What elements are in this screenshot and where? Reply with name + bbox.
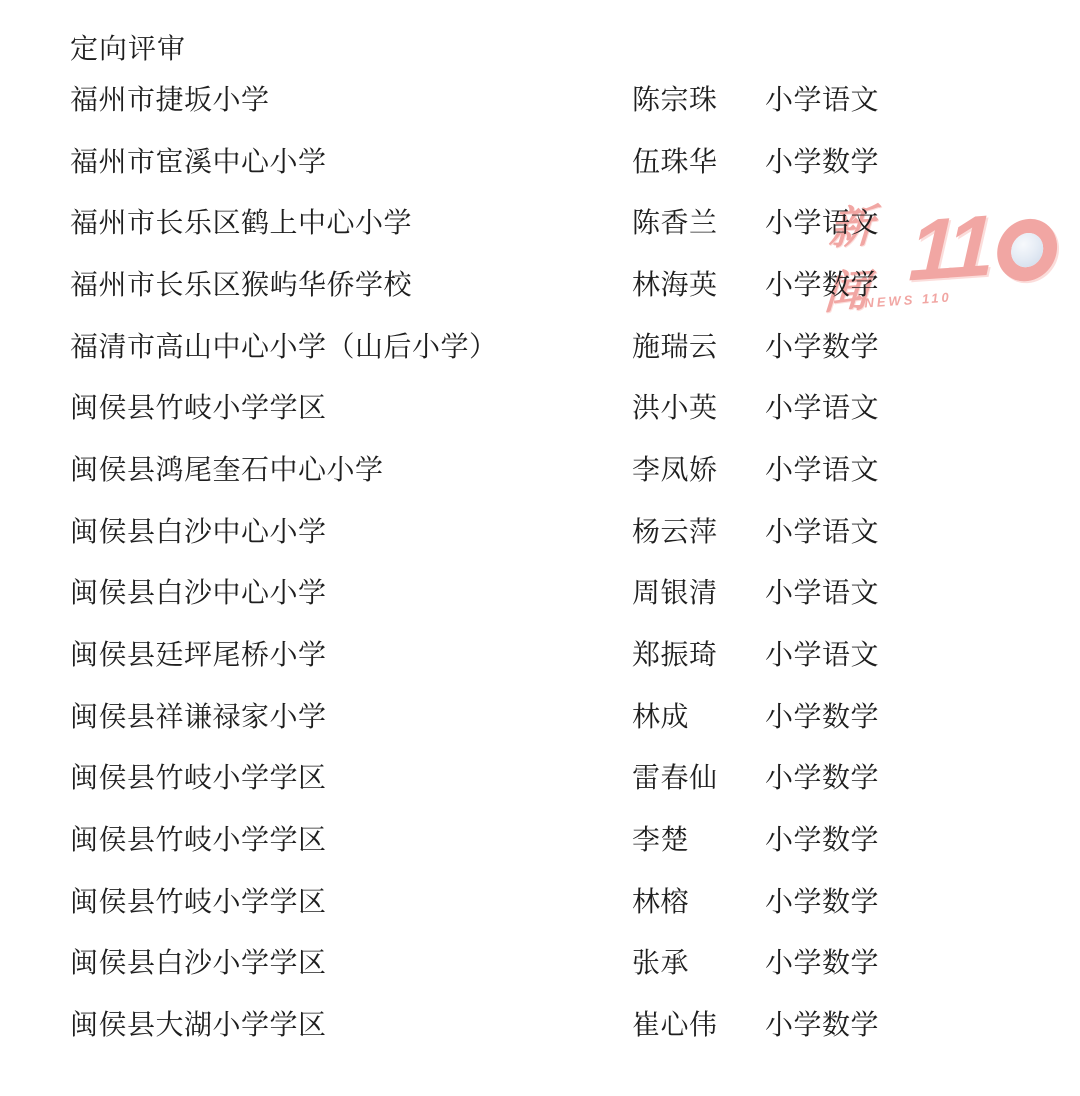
person-name: 林成 — [632, 695, 765, 735]
person-name: 周银清 — [632, 571, 765, 611]
subject: 小学语文 — [765, 78, 879, 118]
school-name: 闽侯县廷坪尾桥小学 — [70, 633, 632, 673]
table-row: 闽侯县廷坪尾桥小学 郑振琦 小学语文 — [0, 622, 1080, 684]
person-name: 陈宗珠 — [632, 78, 765, 118]
school-name: 闽侯县竹岐小学学区 — [70, 880, 632, 920]
school-name: 福州市长乐区鹤上中心小学 — [70, 201, 632, 241]
table-row: 闽侯县竹岐小学学区 李楚 小学数学 — [0, 807, 1080, 869]
school-name: 闽侯县竹岐小学学区 — [70, 386, 632, 426]
subject: 小学语文 — [765, 633, 879, 673]
subject: 小学数学 — [765, 818, 879, 858]
table-row: 闽侯县大湖小学学区 崔心伟 小学数学 — [0, 992, 1080, 1054]
person-name: 雷春仙 — [632, 756, 765, 796]
table-row: 闽侯县鸿尾奎石中心小学 李凤娇 小学语文 — [0, 437, 1080, 499]
school-name: 闽侯县白沙小学学区 — [70, 941, 632, 981]
section-title: 定向评审 — [70, 27, 186, 67]
school-name: 闽侯县白沙中心小学 — [70, 510, 632, 550]
school-name: 福州市长乐区猴屿华侨学校 — [70, 263, 632, 303]
school-name: 闽侯县大湖小学学区 — [70, 1003, 632, 1043]
subject: 小学语文 — [765, 386, 879, 426]
school-name: 闽侯县白沙中心小学 — [70, 571, 632, 611]
school-name: 福州市宦溪中心小学 — [70, 140, 632, 180]
subject: 小学数学 — [765, 325, 879, 365]
table-row: 福州市长乐区鹤上中心小学 陈香兰 小学语文 — [0, 190, 1080, 252]
table-row: 闽侯县竹岐小学学区 林榕 小学数学 — [0, 869, 1080, 931]
table-row: 福州市捷坂小学 陈宗珠 小学语文 — [0, 67, 1080, 129]
person-name: 林榕 — [632, 880, 765, 920]
person-name: 李楚 — [632, 818, 765, 858]
person-name: 郑振琦 — [632, 633, 765, 673]
subject: 小学数学 — [765, 140, 879, 180]
review-list: 福州市捷坂小学 陈宗珠 小学语文 福州市宦溪中心小学 伍珠华 小学数学 福州市长… — [0, 67, 1080, 1054]
document-page: 新闻 11 NEWS 110 定向评审 福州市捷坂小学 陈宗珠 小学语文 福州市… — [0, 0, 1080, 1096]
school-name: 闽侯县竹岐小学学区 — [70, 756, 632, 796]
table-row: 福清市高山中心小学（山后小学） 施瑞云 小学数学 — [0, 314, 1080, 376]
subject: 小学语文 — [765, 571, 879, 611]
subject: 小学数学 — [765, 756, 879, 796]
subject: 小学语文 — [765, 201, 879, 241]
school-name: 闽侯县鸿尾奎石中心小学 — [70, 448, 632, 488]
person-name: 李凤娇 — [632, 448, 765, 488]
table-row: 福州市宦溪中心小学 伍珠华 小学数学 — [0, 129, 1080, 191]
person-name: 崔心伟 — [632, 1003, 765, 1043]
school-name: 福清市高山中心小学（山后小学） — [70, 325, 632, 365]
table-row: 福州市长乐区猴屿华侨学校 林海英 小学数学 — [0, 252, 1080, 314]
subject: 小学数学 — [765, 695, 879, 735]
table-row: 闽侯县白沙小学学区 张承 小学数学 — [0, 931, 1080, 993]
subject: 小学数学 — [765, 880, 879, 920]
person-name: 施瑞云 — [632, 325, 765, 365]
school-name: 闽侯县竹岐小学学区 — [70, 818, 632, 858]
subject: 小学数学 — [765, 1003, 879, 1043]
table-row: 闽侯县白沙中心小学 杨云萍 小学语文 — [0, 499, 1080, 561]
table-row: 闽侯县祥谦禄家小学 林成 小学数学 — [0, 684, 1080, 746]
subject: 小学语文 — [765, 448, 879, 488]
subject: 小学语文 — [765, 510, 879, 550]
person-name: 洪小英 — [632, 386, 765, 426]
school-name: 福州市捷坂小学 — [70, 78, 632, 118]
subject: 小学数学 — [765, 263, 879, 303]
subject: 小学数学 — [765, 941, 879, 981]
person-name: 陈香兰 — [632, 201, 765, 241]
table-row: 闽侯县竹岐小学学区 雷春仙 小学数学 — [0, 746, 1080, 808]
table-row: 闽侯县竹岐小学学区 洪小英 小学语文 — [0, 375, 1080, 437]
school-name: 闽侯县祥谦禄家小学 — [70, 695, 632, 735]
person-name: 林海英 — [632, 263, 765, 303]
person-name: 杨云萍 — [632, 510, 765, 550]
person-name: 张承 — [632, 941, 765, 981]
table-row: 闽侯县白沙中心小学 周银清 小学语文 — [0, 561, 1080, 623]
person-name: 伍珠华 — [632, 140, 765, 180]
